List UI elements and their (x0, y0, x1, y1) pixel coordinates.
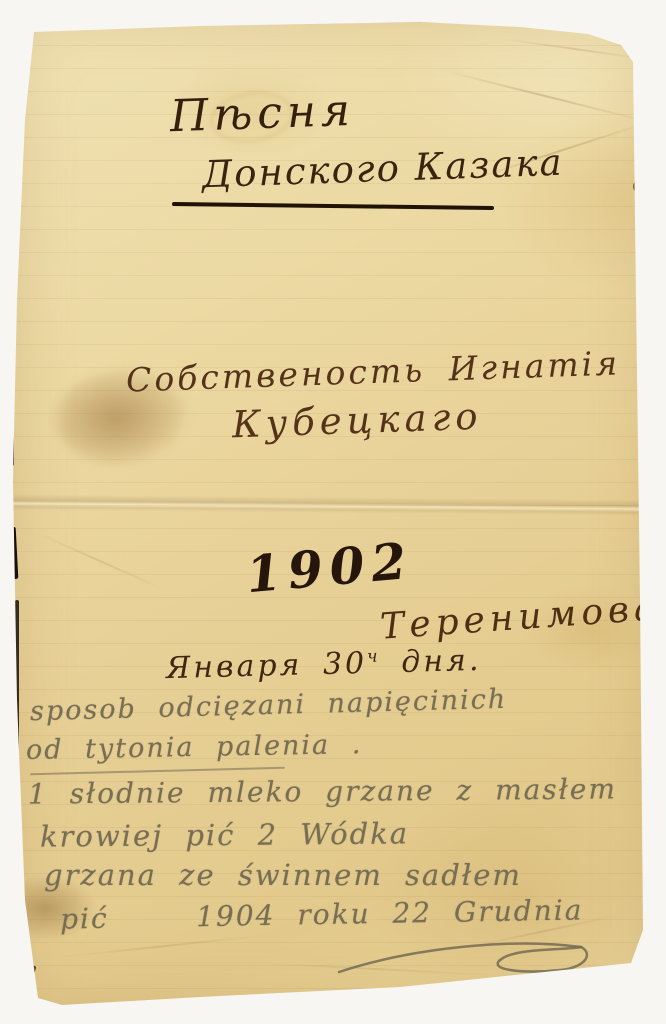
fold-crease-horizontal (10, 494, 660, 516)
date-line: Января 30ч дня. (166, 643, 482, 686)
scan-background: Пѣсня Донского Казака Собственость Игнат… (0, 0, 666, 1024)
ruled-lines (0, 0, 666, 1024)
fold-crease (36, 532, 165, 591)
ownership-line-2: Кубецкаго (231, 395, 483, 447)
binding-mark (15, 600, 19, 845)
pencil-line-3: 1 słodnie mleko grzane z masłem (28, 772, 617, 810)
binding-mark (22, 965, 36, 995)
ownership-line-1: Собственость Игнатія (125, 343, 620, 399)
ink-spot (633, 181, 641, 192)
fold-crease (474, 122, 646, 180)
year-text: 1902 (244, 531, 416, 604)
pencil-line-4: krowiej pić 2 Wódka (40, 816, 409, 853)
binding-mark (9, 224, 17, 312)
date-superscript: ч (367, 647, 381, 667)
pencil-line-5: grzana ze świnnem sadłem (44, 858, 522, 892)
title-underline (172, 202, 494, 210)
binding-mark (9, 527, 19, 579)
title-line-2: Донского Казака (201, 141, 564, 197)
date-suffix: дня. (380, 643, 482, 681)
date-prefix: Января 30 (166, 646, 368, 686)
pencil-underline (30, 767, 285, 776)
binding-mark (9, 394, 14, 466)
document-page: Пѣсня Донского Казака Собственость Игнат… (0, 0, 666, 1024)
fold-crease (443, 70, 647, 123)
water-ring-stain (207, 86, 297, 147)
fold-crease (60, 934, 269, 958)
pencil-flourish (335, 928, 600, 986)
fold-crease (501, 38, 650, 61)
name-annotation: Теренимова (379, 587, 662, 647)
pencil-line-1: sposob odcięzani napięcinich (30, 684, 508, 727)
ink-smudge-stain (52, 359, 194, 471)
pencil-line-2: od tytonia palenia . (26, 729, 363, 766)
